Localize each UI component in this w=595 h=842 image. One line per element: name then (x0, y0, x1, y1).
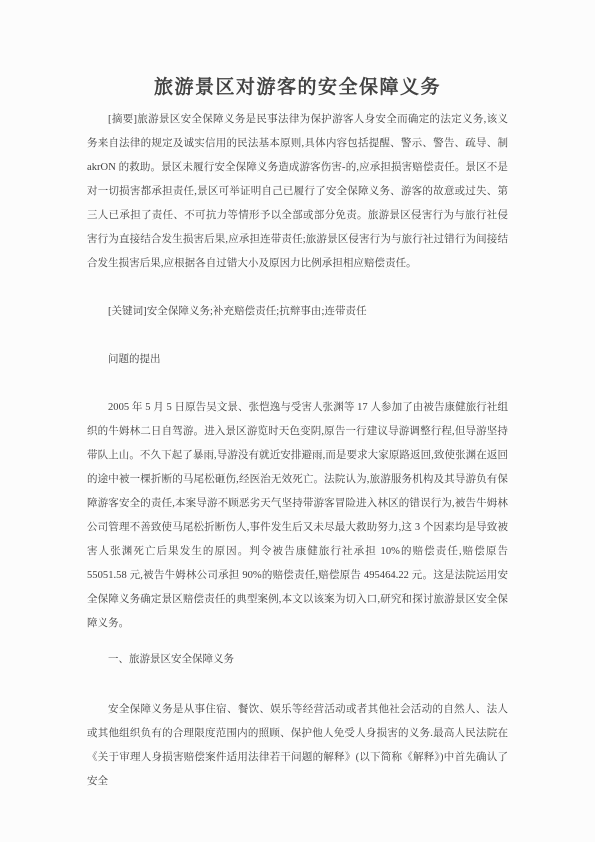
obligation-definition-paragraph: 安全保障义务是从事住宿、餐饮、娱乐等经营活动或者其他社会活动的自然人、法人或其他… (87, 698, 508, 794)
document-page: 旅游景区对游客的安全保障义务 [摘要]旅游景区安全保障义务是民事法律为保护游客人… (0, 0, 595, 842)
section-heading-problem-statement: 问题的提出 (87, 348, 508, 372)
document-title: 旅游景区对游客的安全保障义务 (87, 76, 508, 100)
case-description-paragraph: 2005 年 5 月 5 日原告吴文景、张恺逸与受害人张渊等 17 人参加了由被… (87, 396, 508, 636)
section-heading-safety-obligation: 一、旅游景区安全保障义务 (87, 648, 508, 672)
abstract-paragraph: [摘要]旅游景区安全保障义务是民事法律为保护游客人身安全而确定的法定义务,该义务… (87, 108, 508, 276)
keywords-paragraph: [关键词]安全保障义务;补充赔偿责任;抗辩事由;连带责任 (87, 300, 508, 324)
